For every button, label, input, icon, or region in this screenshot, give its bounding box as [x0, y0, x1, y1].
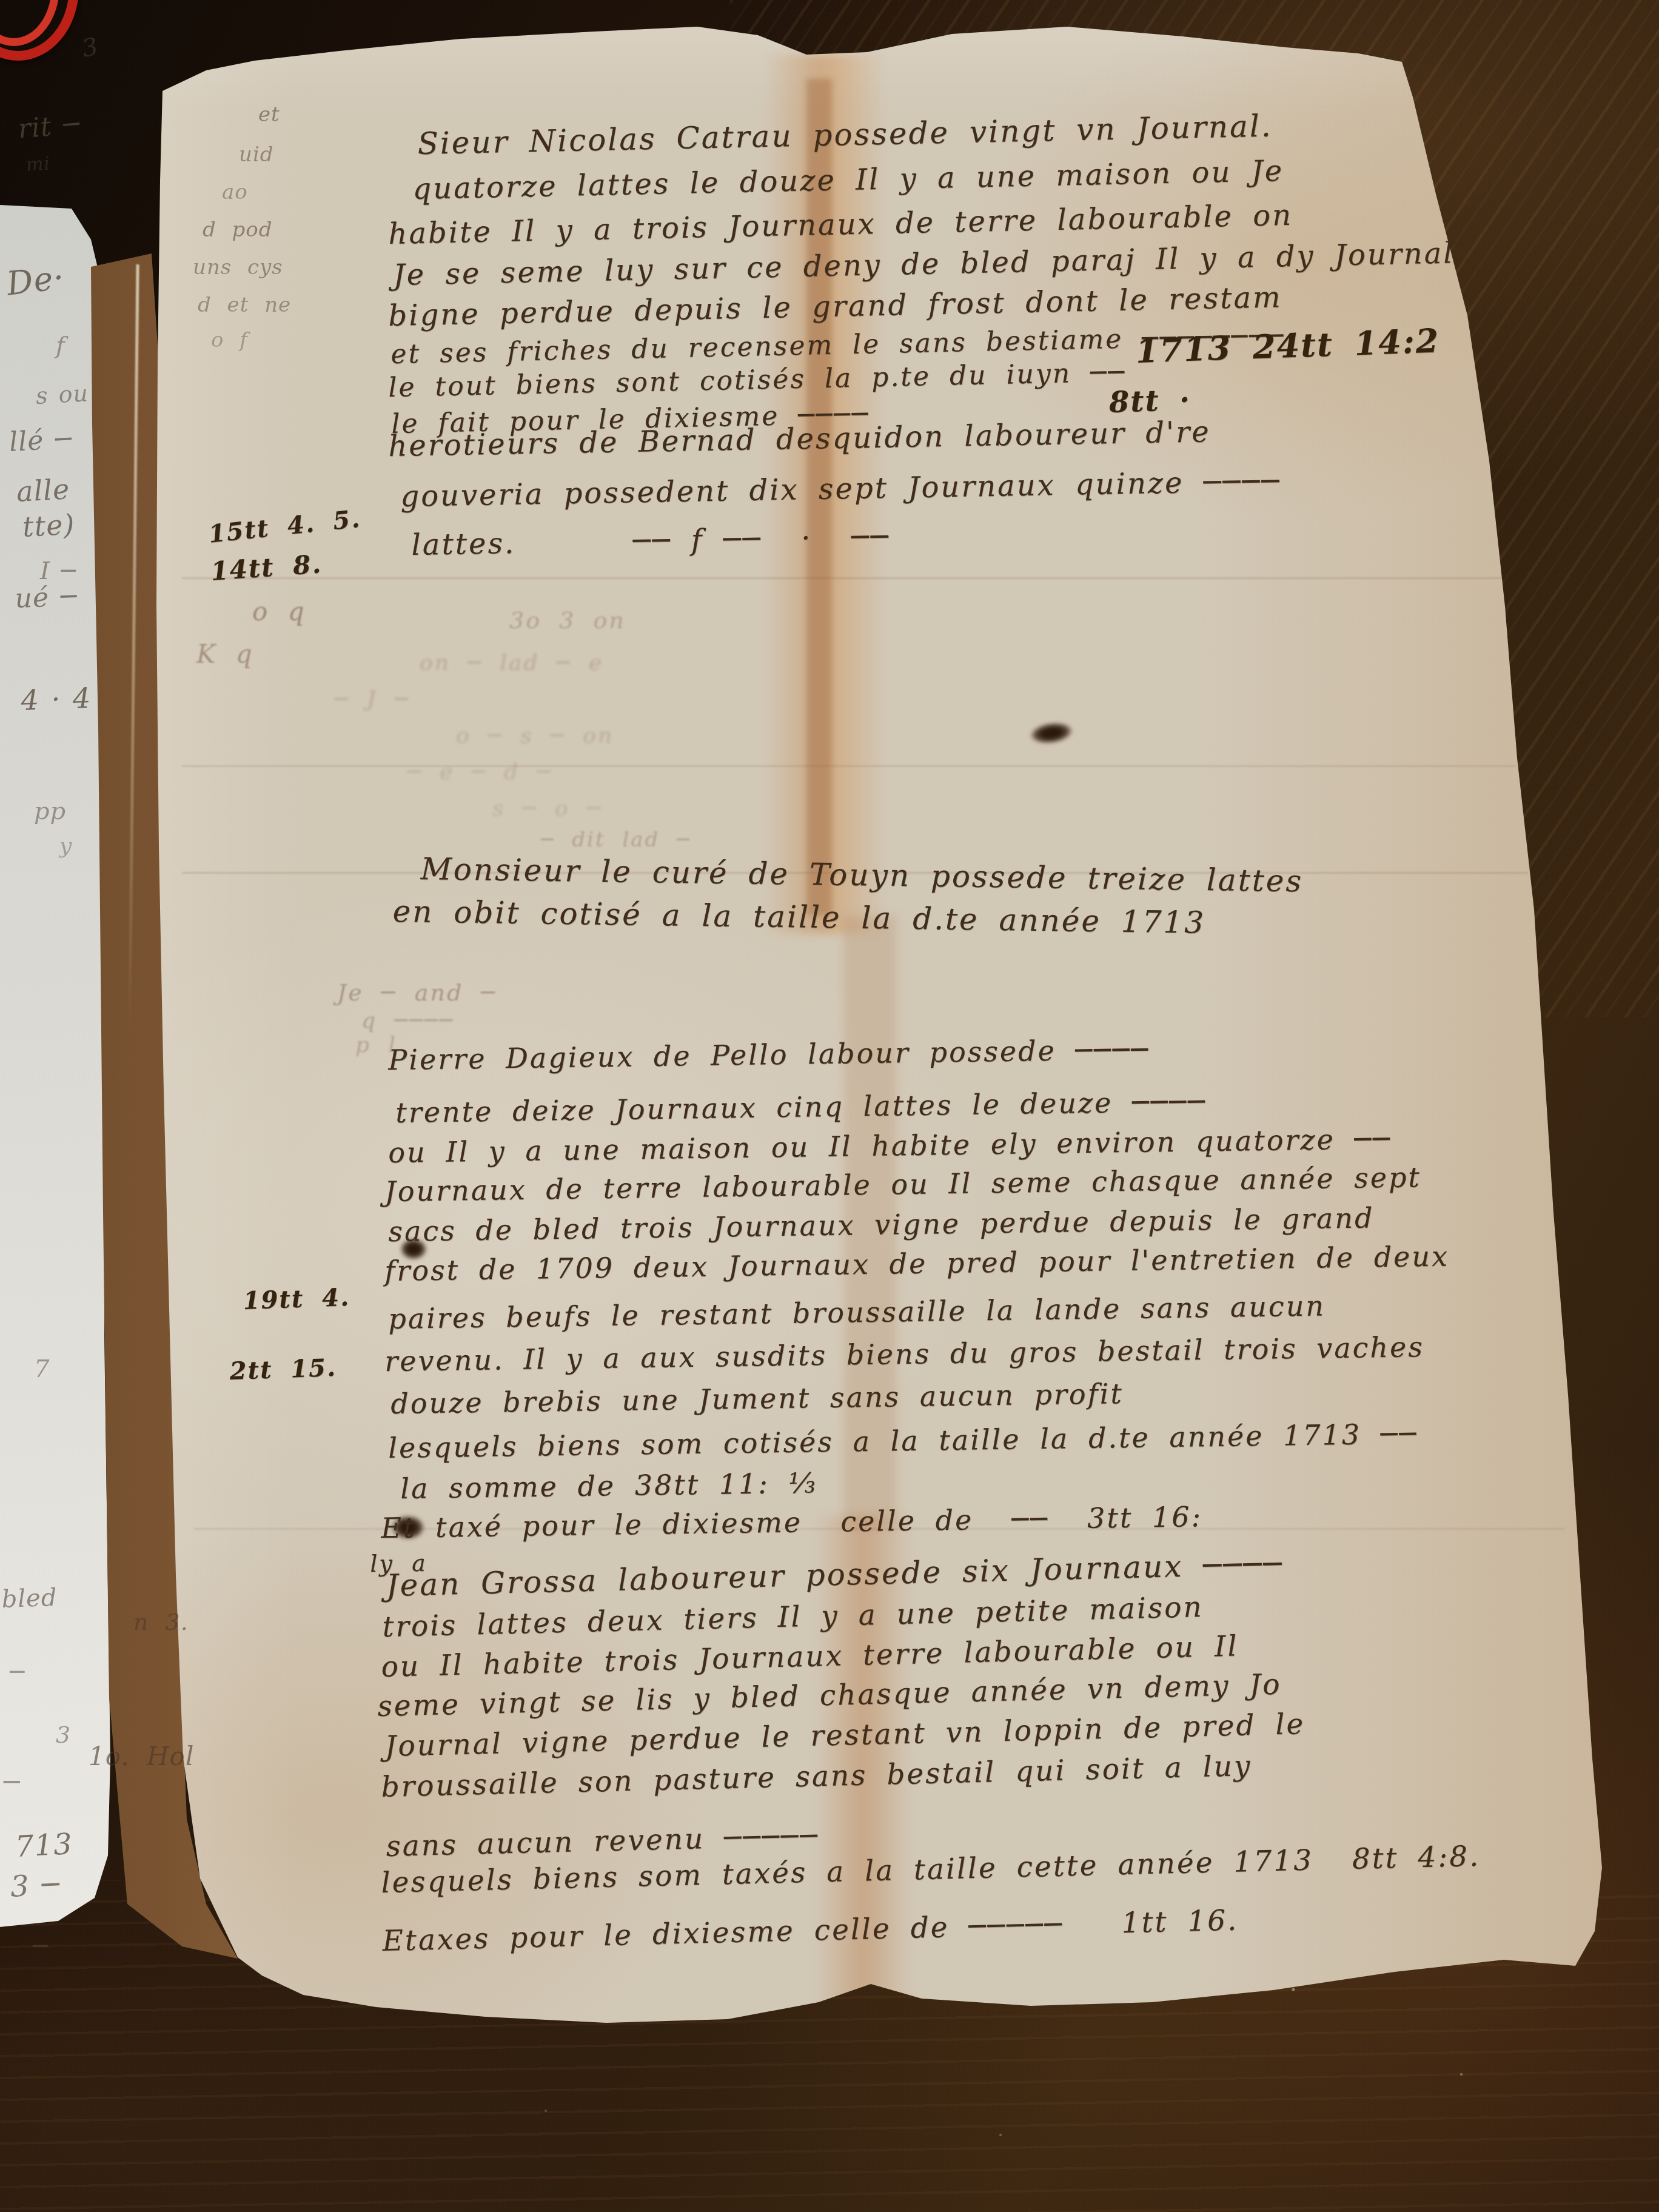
photograph-of-manuscript: 3rit ─miDe·fs oullé ─allette)I ─ué ─4 · … — [0, 0, 1659, 2212]
amount-annotation: 2tt 15. — [229, 1356, 337, 1384]
ghost-text-line: 3o 3 on — [509, 609, 626, 632]
manuscript-line: en obit cotisé a la taille la d.te année… — [392, 896, 1205, 938]
manuscript-line: Sieur Nicolas Catrau possede vingt vn Jo… — [417, 110, 1273, 159]
manuscript-line: douze brebis une Jument sans aucun profi… — [390, 1379, 1124, 1418]
manuscript-line: lattes. ── f ── · ── — [411, 522, 890, 560]
ghost-text-line: o q — [252, 599, 306, 625]
amount-annotation: 15tt 4. 5. — [207, 507, 362, 547]
margin-fragment: et — [258, 104, 280, 125]
amount-annotation: 14tt 8. — [210, 551, 323, 585]
margin-fragment: uns cys — [193, 257, 283, 278]
manuscript-line: paires beufs le restant broussaille la l… — [388, 1292, 1326, 1333]
margin-fragment: d pod — [203, 220, 273, 240]
margin-fragment: o f — [211, 330, 248, 350]
margin-fragment: 1o. Hol — [89, 1744, 194, 1769]
manuscript-line: Monsieur le curé de Touyn possede treize… — [420, 854, 1303, 896]
manuscript-line: la somme de 38tt 11: ⅓ — [400, 1469, 817, 1503]
manuscript-line: frost de 1709 deux Journaux de pred pour… — [384, 1242, 1449, 1285]
ghost-text-line: s ─ o ─ — [492, 798, 602, 820]
ghost-text-line: on ─ lad ─ e — [420, 652, 603, 674]
manuscript-line: lesquels biens som cotisés a la taille l… — [388, 1419, 1418, 1462]
margin-fragment: uid — [239, 144, 274, 165]
manuscript-line: Journaux de terre labourable ou Il seme … — [384, 1163, 1421, 1205]
manuscript-line: ou Il y a une maison ou Il habite ely en… — [388, 1125, 1392, 1167]
manuscript-line: sacs de bled trois Journaux vigne perdue… — [388, 1204, 1375, 1245]
ghost-text-line: ─ J ─ — [335, 689, 410, 711]
manuscript-line: habite Il y a trois Journaux de terre la… — [388, 201, 1293, 249]
ghost-text-line: ─ e ─ d ─ — [407, 762, 552, 783]
manuscript-line: quatorze lattes le douze Il y a une mais… — [412, 156, 1284, 204]
amount-annotation: 19tt 4. — [243, 1285, 350, 1313]
manuscript-text-layer: Sieur Nicolas Catrau possede vingt vn Jo… — [0, 0, 1659, 2212]
manuscript-line: Etaxes pour le dixiesme celle de ───── 1… — [382, 1906, 1239, 1956]
ghost-text-line: ─ dit lad ─ — [541, 829, 691, 850]
manuscript-line: trente deize Journaux cinq lattes le deu… — [395, 1087, 1207, 1127]
ghost-text-line: p l — [355, 1034, 397, 1056]
ghost-text-line: Je ─ and ─ — [337, 981, 497, 1004]
amount-annotation: 1713 24tt 14:2 — [1135, 324, 1440, 367]
margin-fragment: d et ne — [198, 295, 291, 315]
amount-annotation: 8tt · — [1108, 385, 1191, 417]
margin-fragment: n 3. — [133, 1610, 189, 1634]
manuscript-line: revenu. Il y a aux susdits biens du gros… — [384, 1333, 1424, 1375]
margin-fragment: ao — [222, 182, 248, 203]
manuscript-line: Et taxé pour le dixiesme celle de ── 3tt… — [381, 1503, 1202, 1542]
ghost-text-line: q ──── — [361, 1010, 454, 1032]
ghost-text-line: o ─ s ─ on — [456, 725, 614, 747]
manuscript-line: sans aucun revenu ───── — [386, 1822, 819, 1861]
manuscript-line: Pierre Dagieux de Pello labour possede ─… — [388, 1035, 1150, 1074]
manuscript-line: gouveria possedent dix sept Journaux qui… — [400, 467, 1281, 511]
ghost-text-line: K q — [196, 642, 254, 667]
